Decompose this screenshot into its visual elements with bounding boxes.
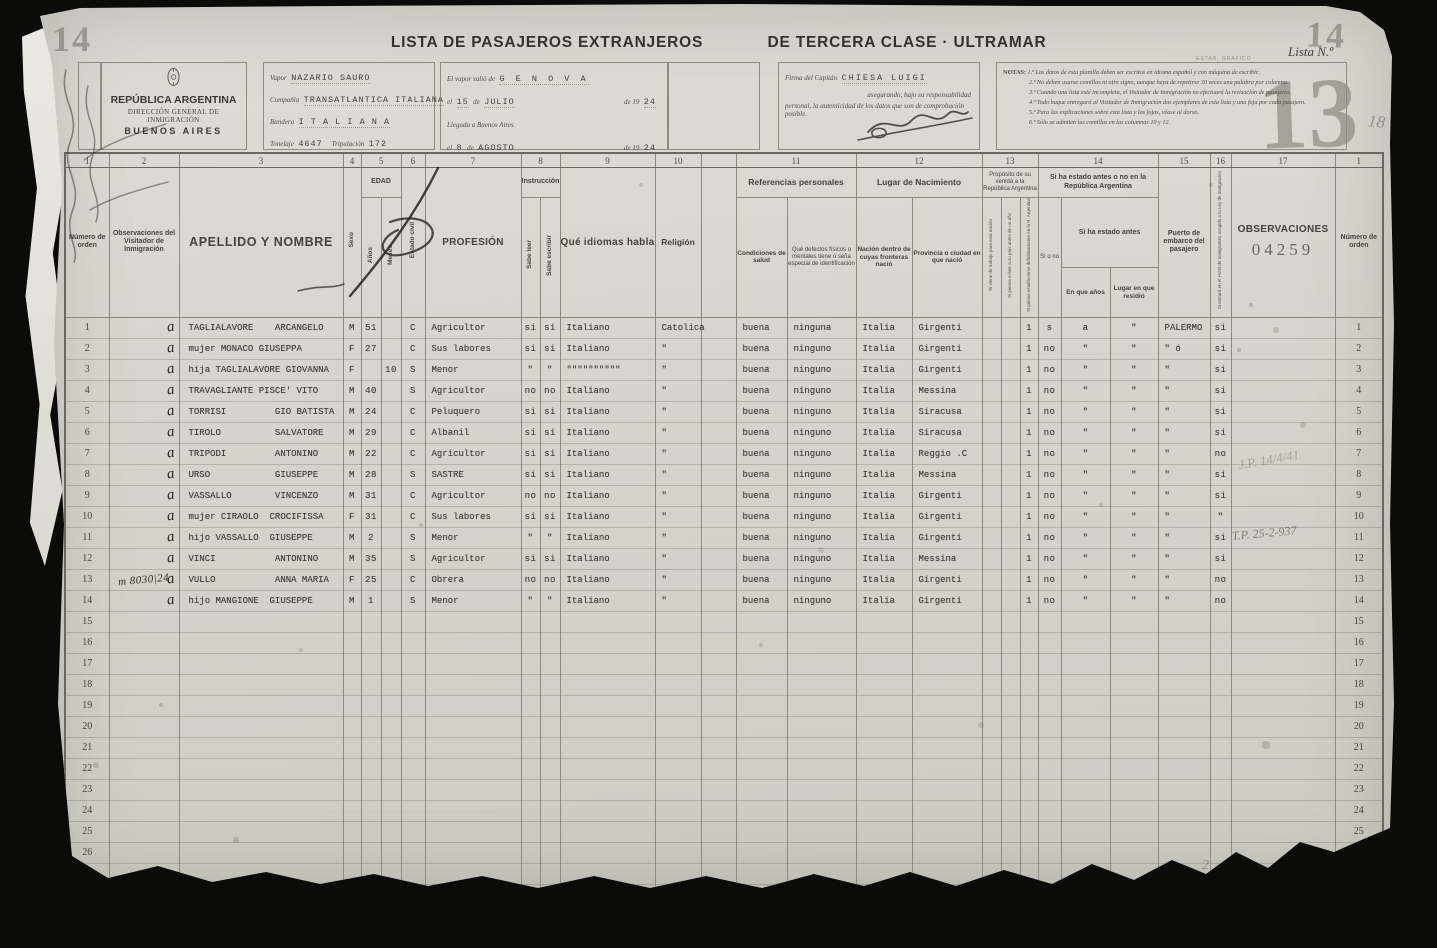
captain-line3: personal, la autenticidad de los datos q… <box>785 102 975 118</box>
cell-gap <box>701 443 736 464</box>
page-title-left: LISTA DE PASAJEROS EXTRANJEROS <box>367 34 727 52</box>
cell-hotel: no <box>1210 569 1231 590</box>
cell-gap <box>701 611 736 632</box>
table-row: 2020 <box>65 716 1383 737</box>
table-row: 1919 <box>65 695 1383 716</box>
table-row: 11ahijo VASSALLO GIUSEPPEM2SMenor""Itali… <box>65 527 1383 548</box>
cell-escribe <box>540 758 560 779</box>
cell-estado <box>401 758 425 779</box>
cell-estado: C <box>401 317 425 338</box>
cell-idiomas <box>560 632 655 653</box>
org-box: REPÚBLICA ARGENTINA DIRECCIÓN GENERAL DE… <box>100 62 247 150</box>
cell-idiomas <box>560 779 655 800</box>
colnum-16: 16 <box>1210 153 1231 168</box>
table-row: 2amujer MONACO GIUSEPPAF27CSus laboressi… <box>65 338 1383 359</box>
cell-p2 <box>1001 506 1020 527</box>
cell-anios: " <box>1061 506 1110 527</box>
cell-meses <box>381 716 401 737</box>
cell-puerto <box>1158 884 1210 900</box>
cell-idiomas: Italiano <box>560 422 655 443</box>
cell-defectos <box>787 716 856 737</box>
org-city: BUENOS AIRES <box>101 126 246 136</box>
cell-sexo: M <box>343 422 361 443</box>
cell-provincia: Girgenti <box>912 485 982 506</box>
colnum-7: 7 <box>425 153 521 168</box>
cell-lugar: " <box>1110 338 1158 359</box>
cell-meses <box>381 569 401 590</box>
cell-defectos: ninguno <box>787 527 856 548</box>
cell-puerto: " <box>1158 443 1210 464</box>
cell-obs_left <box>109 695 179 716</box>
table-row: 1616 <box>65 632 1383 653</box>
cell-lee: si <box>521 464 540 485</box>
cell-profesion: Menor <box>425 359 521 380</box>
cell-idiomas: Italiano <box>560 485 655 506</box>
cell-defectos: ninguno <box>787 422 856 443</box>
cell-meses <box>381 464 401 485</box>
cell-hotel: si <box>1210 317 1231 338</box>
cell-provincia <box>912 863 982 884</box>
cell-gap <box>701 863 736 884</box>
note-4: 4.ª Todo buque entregará al Visitador de… <box>1003 98 1342 108</box>
cell-p1 <box>982 569 1001 590</box>
cell-p2 <box>1001 863 1020 884</box>
cell-obs17 <box>1231 569 1335 590</box>
cell-meses <box>381 758 401 779</box>
bandera-value: I T A L I A N A <box>299 117 391 128</box>
colnum-4: 4 <box>343 153 361 168</box>
cell-gap <box>701 632 736 653</box>
cell-idiomas <box>560 653 655 674</box>
cell-nacion: Italia <box>856 527 912 548</box>
table-row: 1515 <box>65 611 1383 632</box>
handwritten-bottom-mark: 2 <box>1202 858 1209 874</box>
cell-anios <box>1061 821 1110 842</box>
cell-obs17 <box>1231 800 1335 821</box>
table-header: 1 2 3 4 5 6 7 8 9 10 11 12 13 14 15 16 1… <box>65 153 1383 317</box>
passenger-name: hijo MANGIONE GIUSEPPE <box>189 596 313 606</box>
cell-anos <box>361 758 381 779</box>
cell-provincia: Siracusa <box>912 422 982 443</box>
colnum-3: 3 <box>179 153 343 168</box>
handwritten-margin-note: m 8030|24 <box>118 572 170 588</box>
cell-p3 <box>1020 611 1038 632</box>
colnum-11: 11 <box>736 153 856 168</box>
header-si-o-no: Sí o no <box>1038 198 1061 318</box>
empty-box <box>667 62 760 150</box>
cell-gap <box>701 779 736 800</box>
cell-lugar <box>1110 863 1158 884</box>
cell-hotel <box>1210 674 1231 695</box>
cell-gap <box>701 527 736 548</box>
colnum-gap <box>701 153 736 168</box>
cell-meses <box>381 548 401 569</box>
captain-box: Firma del Capitán CHIESA LUIGI asegurand… <box>778 62 980 150</box>
cell-profesion <box>425 884 521 900</box>
cell-religion <box>655 674 701 695</box>
cell-sexo <box>343 800 361 821</box>
cell-lee <box>521 821 540 842</box>
cell-idiomas: Italiano <box>560 464 655 485</box>
header-proposito-3: Si piensa establecerse definitivamente e… <box>1020 198 1038 318</box>
table-row: 2323 <box>65 779 1383 800</box>
cell-sino: no <box>1038 590 1061 611</box>
cell-gap <box>701 380 736 401</box>
header-sexo: Sexo <box>343 168 361 318</box>
mes1-value: JULIO <box>484 97 515 108</box>
header-nacion: Nación dentro de cuyas fronteras nació <box>856 198 912 318</box>
spacer-box <box>78 62 102 150</box>
cell-p3: 1 <box>1020 443 1038 464</box>
table-row: 2727 <box>65 863 1383 884</box>
cell-provincia: Messina <box>912 548 982 569</box>
colnum-14: 14 <box>1038 153 1158 168</box>
note-5: 5.ª Para las explicaciones sobre esta li… <box>1003 108 1342 118</box>
cell-hotel <box>1210 863 1231 884</box>
cell-idiomas: Italiano <box>560 527 655 548</box>
cell-p2 <box>1001 338 1020 359</box>
cell-sino: no <box>1038 380 1061 401</box>
cell-lugar <box>1110 821 1158 842</box>
cell-anos <box>361 821 381 842</box>
cell-meses <box>381 884 401 900</box>
cell-profesion <box>425 674 521 695</box>
cell-gap <box>701 317 736 338</box>
cell-lugar <box>1110 716 1158 737</box>
cell-lugar <box>1110 653 1158 674</box>
cell-anos <box>361 863 381 884</box>
cell-idiomas: Italiano <box>560 380 655 401</box>
cell-obs_left <box>109 674 179 695</box>
cell-sexo <box>343 632 361 653</box>
cell-profesion <box>425 863 521 884</box>
cell-escribe: no <box>540 485 560 506</box>
cell-gap <box>701 401 736 422</box>
column-number-row: 1 2 3 4 5 6 7 8 9 10 11 12 13 14 15 16 1… <box>65 153 1383 168</box>
cell-sexo <box>343 653 361 674</box>
cell-escribe: si <box>540 548 560 569</box>
cell-meses <box>381 863 401 884</box>
cell-lee: si <box>521 506 540 527</box>
cell-gap <box>701 506 736 527</box>
paper-speckles <box>40 4 42 6</box>
cell-estado <box>401 779 425 800</box>
cell-provincia: Girgenti <box>912 359 982 380</box>
cell-escribe <box>540 695 560 716</box>
cell-nacion: Italia <box>856 548 912 569</box>
cell-profesion <box>425 737 521 758</box>
cell-puerto <box>1158 653 1210 674</box>
cell-sexo: M <box>343 380 361 401</box>
table-row: 2525 <box>65 821 1383 842</box>
page-title-right: DE TERCERA CLASE · ULTRAMAR <box>727 34 1087 52</box>
cell-estado: C <box>401 506 425 527</box>
org-department: DIRECCIÓN GENERAL DE INMIGRACIÓN <box>101 108 246 124</box>
cell-p1 <box>982 863 1001 884</box>
tonelaje-label: Tonelaje <box>270 140 294 148</box>
table-row: 12aVINCI ANTONINOM35SAgricultorsisiItali… <box>65 548 1383 569</box>
cell-hotel <box>1210 653 1231 674</box>
cell-obs_left <box>109 842 179 863</box>
cell-defectos: ninguno <box>787 506 856 527</box>
header-proposito: Propósito de su venida a la República Ar… <box>982 168 1038 198</box>
cell-lee <box>521 758 540 779</box>
cell-n2: 6 <box>1335 422 1383 443</box>
cell-p1 <box>982 695 1001 716</box>
cell-obs17 <box>1231 485 1335 506</box>
cell-sino: no <box>1038 422 1061 443</box>
cell-religion <box>655 632 701 653</box>
cell-puerto: " <box>1158 590 1210 611</box>
table-row: 3ahija TAGLIALAVORE GIOVANNAF10SMenor"""… <box>65 359 1383 380</box>
cell-lee: si <box>521 338 540 359</box>
cell-p2 <box>1001 317 1020 338</box>
cell-anos <box>361 716 381 737</box>
cell-idiomas <box>560 863 655 884</box>
cell-name <box>179 821 343 842</box>
cell-nacion <box>856 884 912 900</box>
cell-provincia <box>912 779 982 800</box>
cell-n: 23 <box>65 779 109 800</box>
cell-meses <box>381 317 401 338</box>
header-puerto-embarco: Puerto de embarco del pasajero <box>1158 168 1210 318</box>
cell-hotel <box>1210 611 1231 632</box>
cell-obs17 <box>1231 779 1335 800</box>
cell-p3 <box>1020 779 1038 800</box>
cell-lugar: " <box>1110 548 1158 569</box>
cell-meses <box>381 632 401 653</box>
cell-sexo <box>343 863 361 884</box>
cell-name <box>179 695 343 716</box>
header-en-que-anos: En que años <box>1061 268 1110 318</box>
cell-n2: 19 <box>1335 695 1383 716</box>
cell-puerto <box>1158 632 1210 653</box>
cell-religion: Catolica <box>655 317 701 338</box>
cell-n: 5 <box>65 401 109 422</box>
cell-meses <box>381 821 401 842</box>
cell-name: amujer MONACO GIUSEPPA <box>179 338 343 359</box>
cell-gap <box>701 653 736 674</box>
cell-salud: buena <box>736 590 787 611</box>
cell-profesion <box>425 716 521 737</box>
cell-obs17 <box>1231 695 1335 716</box>
cell-salud <box>736 632 787 653</box>
cell-anios: " <box>1061 422 1110 443</box>
cell-religion: " <box>655 548 701 569</box>
cell-idiomas <box>560 884 655 900</box>
cell-defectos <box>787 674 856 695</box>
cell-sexo <box>343 695 361 716</box>
cell-meses <box>381 506 401 527</box>
ship-box: Vapor NAZARIO SAURO Compañía TRANSATLANT… <box>263 62 435 150</box>
cell-nacion: Italia <box>856 569 912 590</box>
cell-profesion: Agricultor <box>425 485 521 506</box>
cell-sexo: M <box>343 317 361 338</box>
cell-provincia: Messina <box>912 380 982 401</box>
cell-name: amujer CIRAOLO CROCIFISSA <box>179 506 343 527</box>
header-proposito-2: Si piensa volver a su país antes de un a… <box>1001 198 1020 318</box>
cell-p1 <box>982 821 1001 842</box>
cell-profesion <box>425 758 521 779</box>
scanned-passenger-list-page: 14 14 LISTA DE PASAJEROS EXTRANJEROS DE … <box>40 4 1400 894</box>
cell-estado <box>401 674 425 695</box>
cell-n2: 26 <box>1335 842 1383 863</box>
passenger-name: TRAVAGLIANTE PISCE' VITO <box>189 386 319 396</box>
cell-escribe: si <box>540 338 560 359</box>
cell-idiomas: """""""""" <box>560 359 655 380</box>
cell-idiomas: Italiano <box>560 401 655 422</box>
cell-n2: 4 <box>1335 380 1383 401</box>
colnum-8: 8 <box>521 153 560 168</box>
cell-provincia <box>912 842 982 863</box>
cell-anios <box>1061 800 1110 821</box>
cell-anos: 24 <box>361 401 381 422</box>
cell-n: 28 <box>65 884 109 900</box>
cell-name: ahija TAGLIALAVORE GIOVANNA <box>179 359 343 380</box>
cell-p1 <box>982 380 1001 401</box>
cell-nacion <box>856 632 912 653</box>
cell-nacion <box>856 779 912 800</box>
cell-escribe: si <box>540 422 560 443</box>
cell-p2 <box>1001 884 1020 900</box>
colnum-6: 6 <box>401 153 425 168</box>
cell-salud: buena <box>736 506 787 527</box>
cell-gap <box>701 884 736 900</box>
cell-estado: C <box>401 569 425 590</box>
cell-escribe <box>540 737 560 758</box>
table-row: 1818 <box>65 674 1383 695</box>
header-provincia: Provincia o ciudad en que nació <box>912 198 982 318</box>
cell-sino: no <box>1038 338 1061 359</box>
cell-hotel <box>1210 842 1231 863</box>
cell-hotel <box>1210 779 1231 800</box>
colnum-12: 12 <box>856 153 982 168</box>
cell-p1 <box>982 779 1001 800</box>
cell-obs17 <box>1231 884 1335 900</box>
cell-sino: no <box>1038 485 1061 506</box>
cell-obs17 <box>1231 842 1335 863</box>
cell-name <box>179 842 343 863</box>
cell-hotel: no <box>1210 443 1231 464</box>
cell-escribe: " <box>540 590 560 611</box>
cell-religion: " <box>655 443 701 464</box>
cell-estado <box>401 632 425 653</box>
cell-defectos <box>787 884 856 900</box>
cell-estado <box>401 863 425 884</box>
colnum-2: 2 <box>109 153 179 168</box>
cell-lee <box>521 611 540 632</box>
cell-p2 <box>1001 674 1020 695</box>
cell-p3 <box>1020 716 1038 737</box>
cell-gap <box>701 758 736 779</box>
cell-p3 <box>1020 674 1038 695</box>
cell-anos <box>361 800 381 821</box>
voyage-box: El vapor salió de G E N O V A el 15 de J… <box>440 62 669 150</box>
cell-anios <box>1061 611 1110 632</box>
cell-p2 <box>1001 464 1020 485</box>
cell-nacion <box>856 737 912 758</box>
cell-lugar: " <box>1110 317 1158 338</box>
cell-name <box>179 884 343 900</box>
cell-defectos: ninguno <box>787 485 856 506</box>
cell-religion: " <box>655 590 701 611</box>
passenger-name: VULLO ANNA MARIA <box>189 575 329 585</box>
cell-puerto: " <box>1158 548 1210 569</box>
cell-lee <box>521 632 540 653</box>
cell-provincia: Girgenti <box>912 317 982 338</box>
cell-lee <box>521 842 540 863</box>
cell-n: 17 <box>65 653 109 674</box>
cell-sexo: M <box>343 401 361 422</box>
cell-sino <box>1038 884 1061 900</box>
cell-lugar: " <box>1110 443 1158 464</box>
cell-p1 <box>982 737 1001 758</box>
cell-p3: 1 <box>1020 548 1038 569</box>
cell-escribe <box>540 821 560 842</box>
cell-hotel: no <box>1210 590 1231 611</box>
cell-p1 <box>982 653 1001 674</box>
cell-name <box>179 863 343 884</box>
salio-label: El vapor salió de <box>447 75 495 83</box>
header-numero-orden: Número de orden <box>65 168 109 318</box>
header-estado-antes: Si ha estado antes o no en la República … <box>1038 168 1158 198</box>
cell-sino: s <box>1038 317 1061 338</box>
cell-defectos <box>787 863 856 884</box>
cell-lugar: " <box>1110 590 1158 611</box>
cell-n2: 14 <box>1335 590 1383 611</box>
header-defectos: Qué defectos físicos o mentales tiene o … <box>787 198 856 318</box>
cell-sino <box>1038 695 1061 716</box>
cell-puerto <box>1158 737 1210 758</box>
cell-sexo <box>343 779 361 800</box>
cell-profesion: Obrera <box>425 569 521 590</box>
cell-p3 <box>1020 821 1038 842</box>
cell-p2 <box>1001 590 1020 611</box>
cell-nacion <box>856 716 912 737</box>
cell-sino <box>1038 779 1061 800</box>
cell-p2 <box>1001 779 1020 800</box>
cell-p2 <box>1001 611 1020 632</box>
cell-religion <box>655 758 701 779</box>
cell-salud <box>736 821 787 842</box>
colnum-1: 1 <box>65 153 109 168</box>
cell-p1 <box>982 527 1001 548</box>
cell-hotel: si <box>1210 485 1231 506</box>
tripulacion-label: Tripulación <box>332 140 365 148</box>
cell-hotel: si <box>1210 464 1231 485</box>
cell-profesion: Peluquero <box>425 401 521 422</box>
cell-n2: 15 <box>1335 611 1383 632</box>
cell-salud <box>736 800 787 821</box>
cell-religion <box>655 884 701 900</box>
cell-profesion <box>425 842 521 863</box>
cell-profesion: Agricultor <box>425 443 521 464</box>
cell-idiomas <box>560 800 655 821</box>
cell-meses <box>381 590 401 611</box>
cell-anos: 51 <box>361 317 381 338</box>
cell-n: 6 <box>65 422 109 443</box>
cell-idiomas <box>560 716 655 737</box>
cell-sino: no <box>1038 464 1061 485</box>
cell-obs17 <box>1231 590 1335 611</box>
cell-obs17 <box>1231 548 1335 569</box>
cell-anios <box>1061 737 1110 758</box>
cell-sexo <box>343 716 361 737</box>
cell-lee: " <box>521 359 540 380</box>
cell-sino <box>1038 632 1061 653</box>
cell-escribe <box>540 653 560 674</box>
cell-sexo: M <box>343 485 361 506</box>
